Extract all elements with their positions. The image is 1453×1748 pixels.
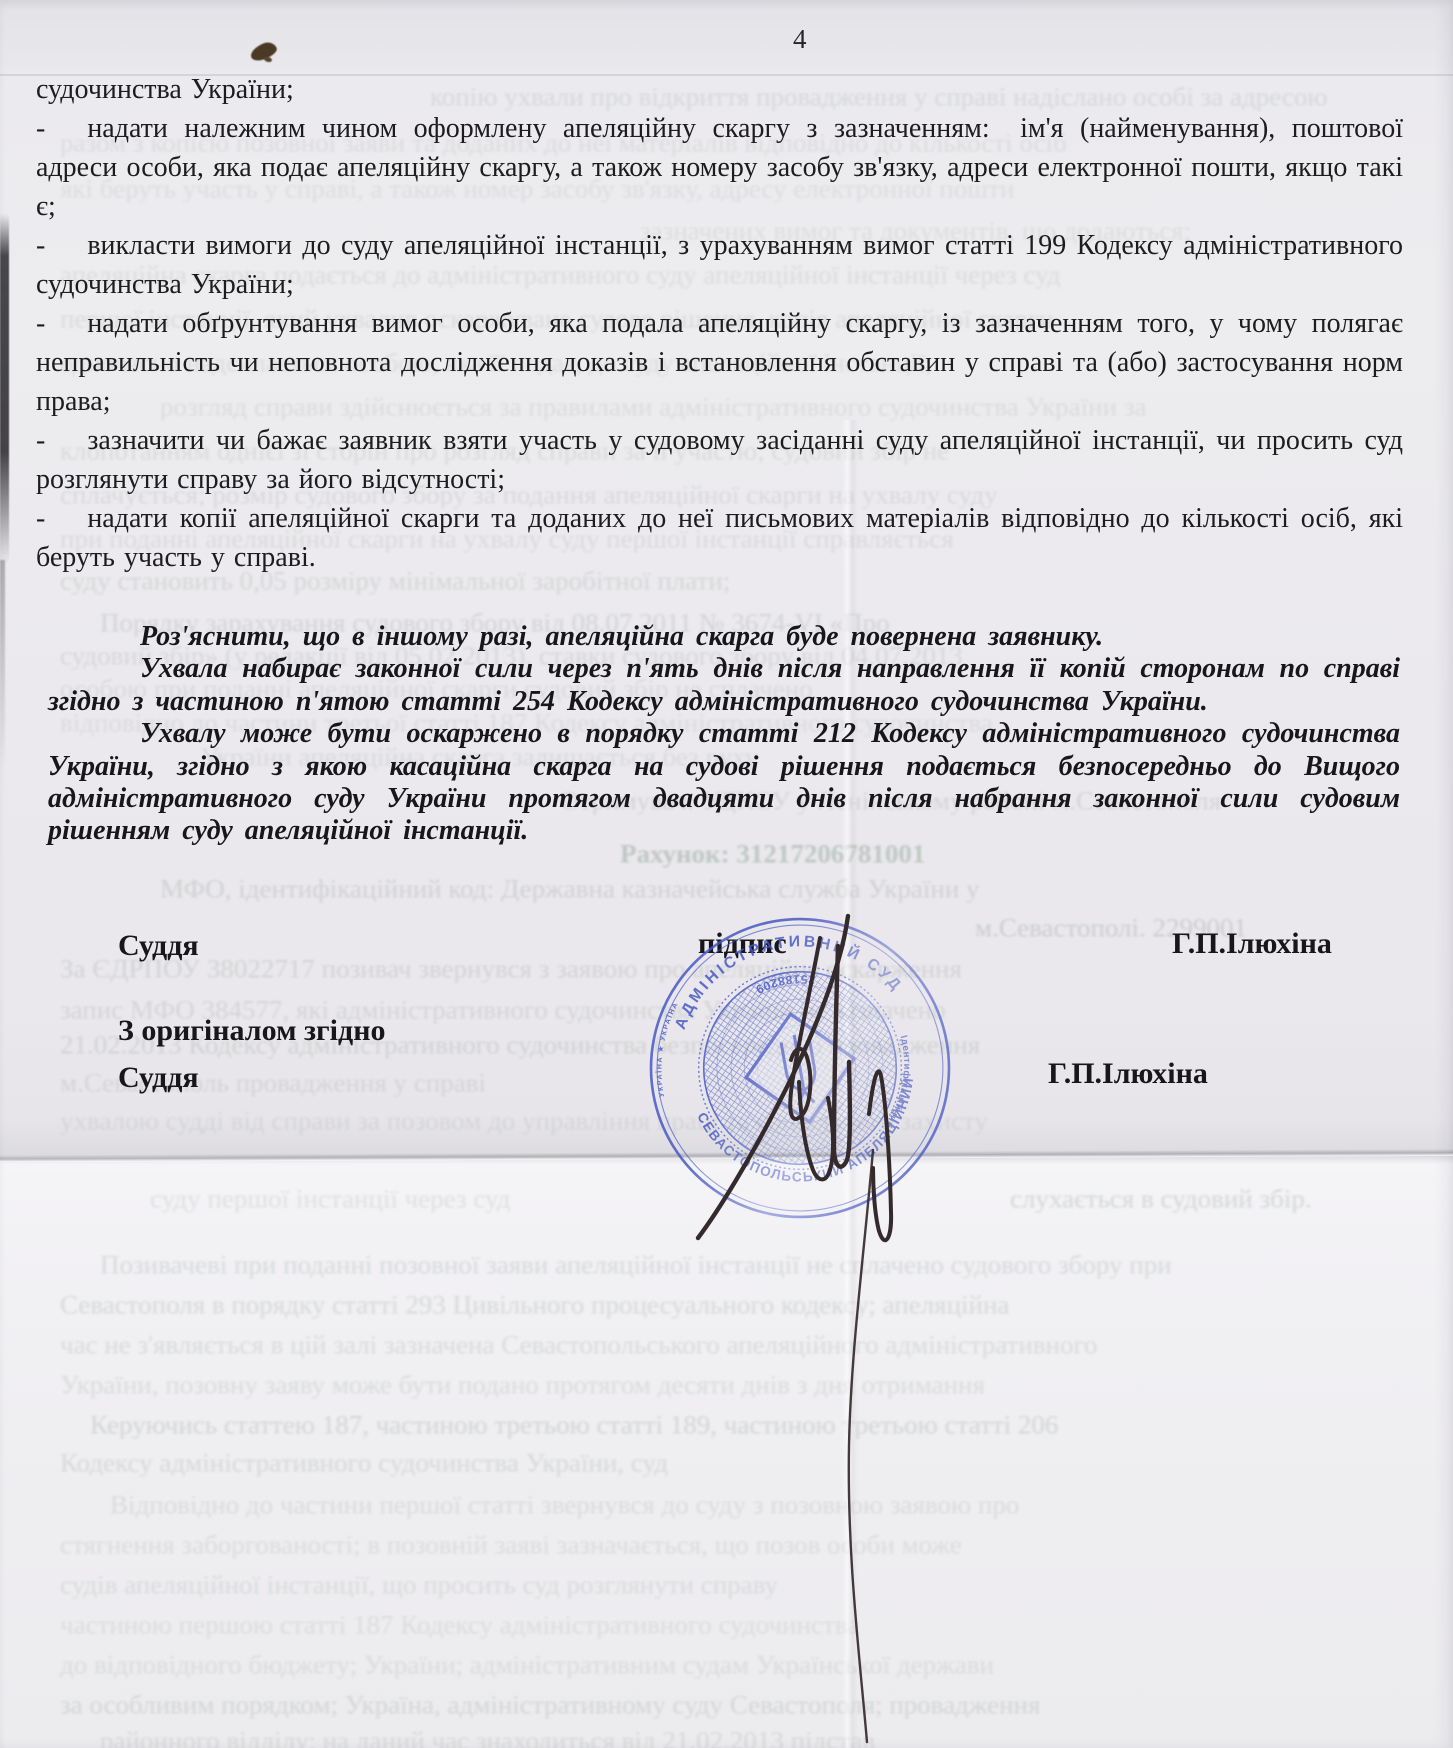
page-number: 4 xyxy=(793,24,807,55)
body-paragraph: судочинства України; xyxy=(36,70,1403,109)
court-stamp: АДМІНІСТРАТИВНИЙ СУД СЕВАСТОПОЛЬСЬКИЙ АП… xyxy=(648,916,952,1220)
judge-name-2: Г.П.Ілюхіна xyxy=(1048,1057,1208,1091)
body-paragraph: - зазначити чи бажає заявник взяти участ… xyxy=(36,421,1403,499)
bleedthrough-line: за особливим порядком; Україна, адмініст… xyxy=(60,1692,1420,1718)
certification-label: З оригіналом згідно xyxy=(118,1014,385,1048)
bleedthrough-line: Севастополя в порядку статті 293 Цивільн… xyxy=(60,1292,1390,1318)
scanned-court-document-page: копію ухвали про відкриття провадження у… xyxy=(0,0,1453,1748)
body-paragraph: - надати обґрунтування вимог особи, яка … xyxy=(36,304,1403,421)
bleedthrough-line: Кодексу адміністративного судочинства Ук… xyxy=(60,1450,1260,1476)
scan-edge-shadow-lower xyxy=(0,560,5,770)
judge-label-2: Суддя xyxy=(118,1061,199,1095)
resolution-paragraph: Роз'яснити, що в іншому разі, апеляційна… xyxy=(48,621,1400,653)
body-paragraph: - надати належним чином оформлену апеляц… xyxy=(36,109,1403,226)
bleedthrough-line: судів апеляційної інстанції, що просить … xyxy=(60,1572,1340,1598)
bleedthrough-line: частиною першою статті 187 Кодексу адмін… xyxy=(60,1612,1390,1638)
bleedthrough-line: слухається в судовий збір. xyxy=(1010,1186,1400,1212)
resolution-paragraph: Ухвала набирає законної сили через п'ять… xyxy=(48,653,1400,718)
body-paragraph: - надати копії апеляційної скарги та дод… xyxy=(36,499,1403,577)
bleedthrough-line: Керуючись статтею 187, частиною третьою … xyxy=(90,1412,1330,1438)
bleedthrough-line: Позивачеві при поданні позовної заяви ап… xyxy=(100,1252,1380,1278)
judge-label: Суддя xyxy=(118,929,199,963)
bleedthrough-line: Відповідно до частини першої статті звер… xyxy=(110,1492,1400,1518)
body-paragraph: - викласти вимоги до суду апеляційної ін… xyxy=(36,226,1403,304)
bleedthrough-line: стягнення заборгованості; в позовній зая… xyxy=(60,1532,1390,1558)
bleedthrough-line: час не з'являється в цій залі зазначена … xyxy=(60,1332,1390,1358)
bleedthrough-line: України, позовну заяву може бути подано … xyxy=(60,1372,1310,1398)
body-text: судочинства України;- надати належним чи… xyxy=(36,70,1403,577)
resolution-block: Роз'яснити, що в іншому разі, апеляційна… xyxy=(48,621,1400,848)
resolution-paragraph: Ухвалу може бути оскаржено в порядку ста… xyxy=(48,718,1400,848)
bleedthrough-line: районного відділу; на даний час знаходит… xyxy=(100,1728,1360,1748)
bleedthrough-line: МФО, ідентифікаційний код: Державна казн… xyxy=(160,876,1340,902)
bleedthrough-line: до відповідного бюджету; України; адміні… xyxy=(60,1652,1390,1678)
scan-edge-shadow xyxy=(0,214,9,564)
judge-name: Г.П.Ілюхіна xyxy=(1172,927,1332,961)
